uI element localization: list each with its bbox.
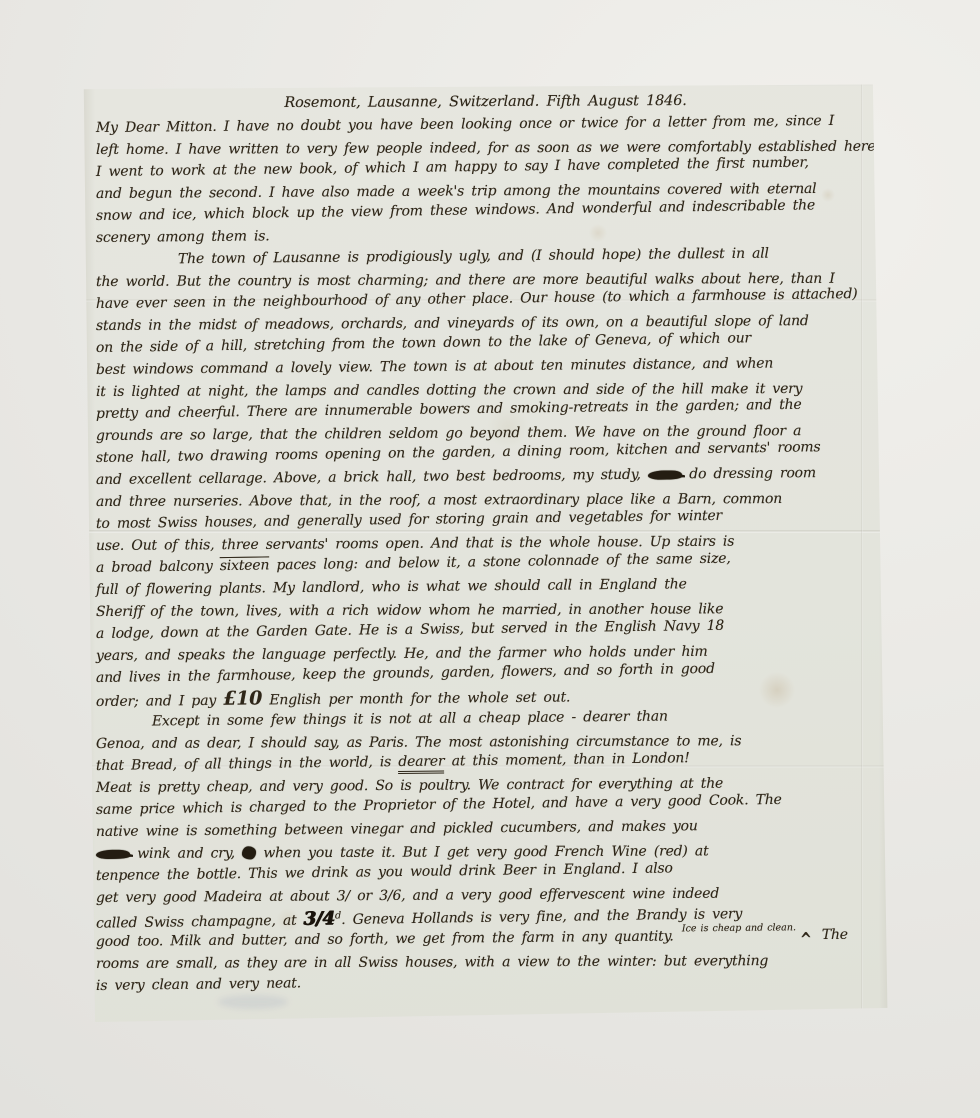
letter-text-segment: wink and cry,: [130, 845, 242, 861]
inked-over-price: 3/4: [304, 908, 336, 929]
letter-text-segment: My Dear Mitton. I have no doubt you have…: [96, 113, 834, 136]
letter-text-segment: is very clean and very neat.: [96, 975, 301, 994]
ink-blot-small: [242, 846, 256, 859]
letter-text-segment: good too. Milk and butter, and so forth,…: [96, 928, 681, 950]
letter-text-segment: tenpence the bottle. This we drink as yo…: [96, 860, 673, 884]
letter-text-segment: a broad balcony: [96, 558, 220, 576]
letter-paragraph: The town of Lausanne is prodigiously ugl…: [96, 249, 875, 711]
letter-text-segment: native wine is something between vinegar…: [96, 818, 698, 840]
letter-text-segment: The: [814, 927, 847, 943]
letter-text-segment: Except in some few things it is not at a…: [152, 709, 668, 730]
letter-text-segment: to most Swiss houses, and generally used…: [96, 508, 722, 532]
letter-text-segment: do dressing room: [682, 465, 816, 482]
letter-text-segment: paces long: and below it, a stone colonn…: [269, 551, 731, 574]
letter-text-segment: scenery among them is.: [96, 228, 270, 246]
letter-text-segment: The town of Lausanne is prodigiously ugl…: [178, 246, 769, 268]
letter-text-segment: best windows command a lovely view. The …: [96, 355, 773, 378]
letter-paragraphs: My Dear Mitton. I have no doubt you have…: [96, 117, 875, 997]
double-underlined-text: dearer: [398, 753, 444, 774]
letter-text-segment: full of flowering plants. My landlord, w…: [96, 576, 687, 598]
ink-blot: [96, 850, 130, 859]
ink-blot: [648, 470, 682, 479]
letter-text-segment: a lodge, down at the Garden Gate. He is …: [96, 618, 724, 642]
letter-body: Rosemont, Lausanne, Switzerland. Fifth A…: [96, 91, 875, 997]
letter-text-segment: that Bread, of all things in the world, …: [96, 754, 399, 774]
letter-sheet: Rosemont, Lausanne, Switzerland. Fifth A…: [83, 75, 889, 1023]
photo-backdrop: Rosemont, Lausanne, Switzerland. Fifth A…: [0, 0, 980, 1118]
letter-text-segment: order; and I pay: [96, 693, 223, 710]
letter-text-segment: and excellent cellarage. Above, a brick …: [96, 467, 648, 488]
letter-paragraph: My Dear Mitton. I have no doubt you have…: [96, 117, 875, 249]
interlinear-insertion: Ice is cheap and clean.: [682, 923, 796, 934]
overlined-text: sixteen: [220, 557, 270, 574]
price-figure: £10: [223, 687, 262, 709]
letter-text-segment: at this moment, than in London!: [444, 750, 689, 769]
letter-text-segment: English per month for the whole set out.: [262, 689, 570, 708]
letter-paragraph: Except in some few things it is not at a…: [96, 711, 875, 997]
ink-showthrough-smudge: [218, 995, 288, 1009]
